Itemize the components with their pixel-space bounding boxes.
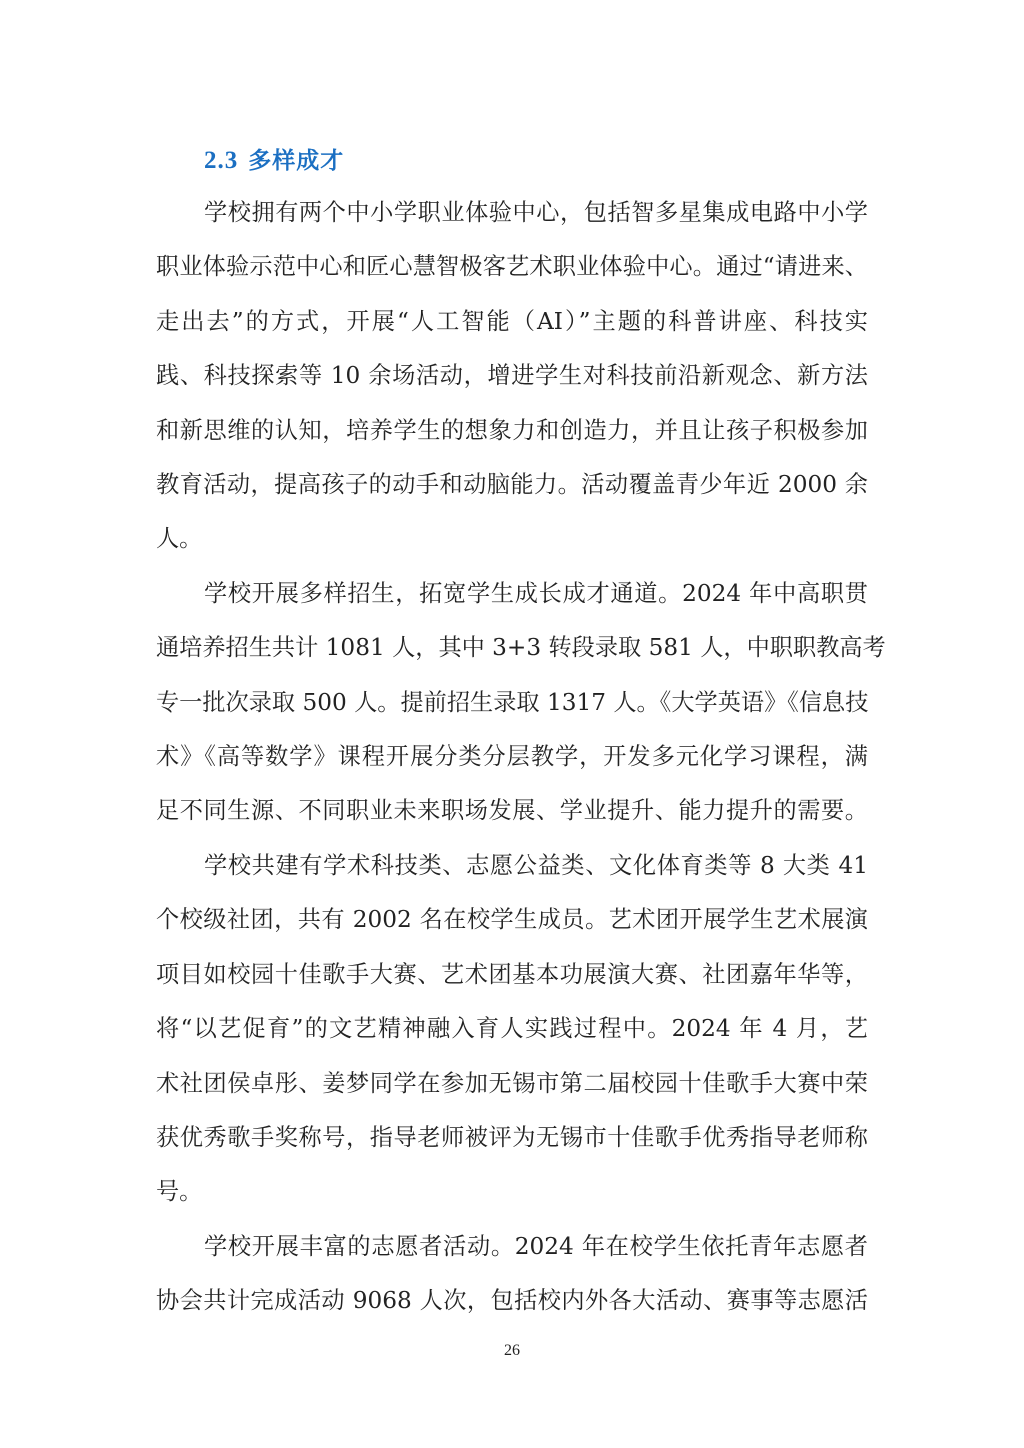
text-line: 专一批次录取 500 人。提前招生录取 1317 人。《大学英语》《信息技	[156, 676, 868, 730]
page-number: 26	[0, 1342, 1024, 1360]
text-line: 践、科技探索等 10 余场活动，增进学生对科技前沿新观念、新方法	[156, 349, 868, 403]
text-line: 和新思维的认知，培养学生的想象力和创造力，并且让孩子积极参加	[156, 404, 868, 458]
text-line: 学校拥有两个中小学职业体验中心，包括智多星集成电路中小学	[156, 186, 868, 240]
text-line: 通培养招生共计 1081 人，其中 3+3 转段录取 581 人，中职职教高考	[156, 621, 868, 675]
text-line: 协会共计完成活动 9068 人次，包括校内外各大活动、赛事等志愿活	[156, 1274, 868, 1328]
text-line: 将“以艺促育”的文艺精神融入育人实践过程中。2024 年 4 月，艺	[156, 1002, 868, 1056]
paragraph-2: 学校开展多样招生，拓宽学生成长成才通道。2024 年中高职贯 通培养招生共计 1…	[156, 567, 868, 839]
text-line: 学校开展多样招生，拓宽学生成长成才通道。2024 年中高职贯	[156, 567, 868, 621]
text-line: 人。	[156, 512, 868, 566]
text-line: 获优秀歌手奖称号，指导老师被评为无锡市十佳歌手优秀指导老师称	[156, 1111, 868, 1165]
text-line: 项目如校园十佳歌手大赛、艺术团基本功展演大赛、社团嘉年华等，	[156, 948, 868, 1002]
text-line: 个校级社团，共有 2002 名在校学生成员。艺术团开展学生艺术展演	[156, 893, 868, 947]
paragraph-1: 学校拥有两个中小学职业体验中心，包括智多星集成电路中小学 职业体验示范中心和匠心…	[156, 186, 868, 567]
text-line: 足不同生源、不同职业未来职场发展、学业提升、能力提升的需要。	[156, 784, 868, 838]
text-line: 走出去”的方式，开展“人工智能（AI）”主题的科普讲座、科技实	[156, 295, 868, 349]
text-line: 教育活动，提高孩子的动手和动脑能力。活动覆盖青少年近 2000 余	[156, 458, 868, 512]
body-text: 学校拥有两个中小学职业体验中心，包括智多星集成电路中小学 职业体验示范中心和匠心…	[156, 186, 868, 1329]
section-number: 2.3	[204, 147, 238, 174]
text-line: 术社团侯卓彤、姜梦同学在参加无锡市第二届校园十佳歌手大赛中荣	[156, 1057, 868, 1111]
text-line: 职业体验示范中心和匠心慧智极客艺术职业体验中心。通过“请进来、	[156, 240, 868, 294]
text-line: 学校共建有学术科技类、志愿公益类、文化体育类等 8 大类 41	[156, 839, 868, 893]
section-heading: 2.3多样成才	[204, 142, 344, 175]
text-line: 术》《高等数学》课程开展分类分层教学，开发多元化学习课程，满	[156, 730, 868, 784]
paragraph-4: 学校开展丰富的志愿者活动。2024 年在校学生依托青年志愿者 协会共计完成活动 …	[156, 1220, 868, 1329]
document-page: 2.3多样成才 学校拥有两个中小学职业体验中心，包括智多星集成电路中小学 职业体…	[0, 0, 1024, 1448]
section-title: 多样成才	[248, 148, 344, 174]
paragraph-3: 学校共建有学术科技类、志愿公益类、文化体育类等 8 大类 41 个校级社团，共有…	[156, 839, 868, 1220]
text-line: 学校开展丰富的志愿者活动。2024 年在校学生依托青年志愿者	[156, 1220, 868, 1274]
text-line: 号。	[156, 1165, 868, 1219]
